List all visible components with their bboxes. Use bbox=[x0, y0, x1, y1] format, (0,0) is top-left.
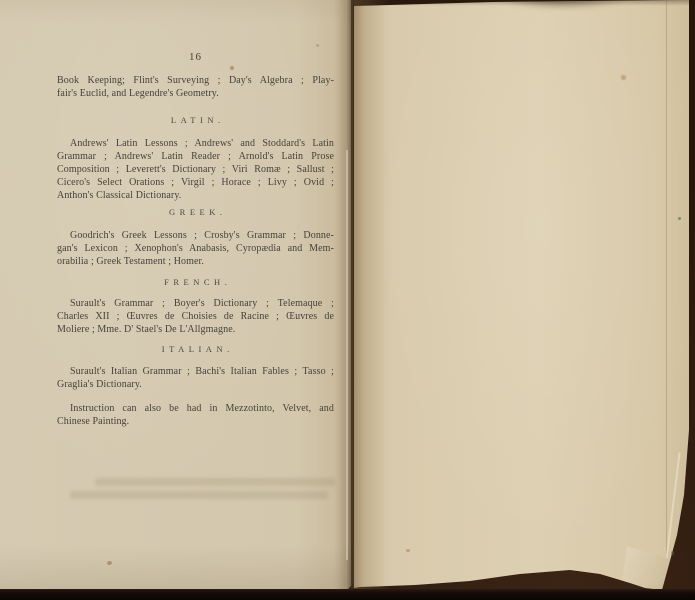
italian-paragraph: Surault's Italian Grammar ; Bachi's Ital… bbox=[57, 365, 334, 391]
text-line: Composition ; Leverett's Dictionary ; Vi… bbox=[57, 163, 334, 176]
text-line: Surault's Italian Grammar ; Bachi's Ital… bbox=[57, 365, 334, 378]
foxing-spot bbox=[621, 75, 626, 80]
text-line: Instruction can also be had in Mezzotint… bbox=[57, 402, 334, 415]
text-line: Chinese Painting. bbox=[57, 415, 334, 428]
underpage-edge-line bbox=[666, 0, 667, 560]
gutter-highlight bbox=[346, 150, 348, 560]
curled-page-corner bbox=[622, 546, 670, 590]
text-line: Anthon's Classical Dictionary. bbox=[57, 189, 334, 202]
section-heading-french: FRENCH. bbox=[57, 277, 334, 287]
foxing-spot bbox=[230, 66, 234, 70]
page-edge-line bbox=[351, 0, 353, 594]
section-heading-greek: GREEK. bbox=[57, 207, 334, 217]
foxing-spot bbox=[107, 561, 112, 565]
text-line: orabilia ; Greek Testament ; Homer. bbox=[57, 255, 334, 268]
closing-paragraph: Instruction can also be had in Mezzotint… bbox=[57, 402, 334, 428]
intro-paragraph: Book Keeping; Flint's Surveying ; Day's … bbox=[57, 74, 334, 100]
text-line: Cicero's Select Orations ; Virgil ; Hora… bbox=[57, 176, 334, 189]
text-line: Surault's Grammar ; Boyer's Dictionary ;… bbox=[57, 297, 334, 310]
ink-speck bbox=[671, 551, 674, 555]
right-page bbox=[354, 0, 689, 600]
text-line: Goodrich's Greek Lessons ; Crosby's Gram… bbox=[57, 229, 334, 242]
right-page-top-smudge bbox=[494, 0, 629, 10]
section-heading-latin: LATIN. bbox=[57, 115, 334, 125]
bottom-dark-board bbox=[0, 589, 695, 600]
text-line: Andrews' Latin Lessons ; Andrews' and St… bbox=[57, 137, 334, 150]
show-through-text-smudge bbox=[70, 491, 328, 499]
show-through-text-smudge bbox=[95, 478, 335, 486]
foxing-spot bbox=[316, 44, 319, 47]
book-scan: 16 Book Keeping; Flint's Surveying ; Day… bbox=[0, 0, 695, 600]
text-line: Charles XII ; Œuvres de Choisies de Raci… bbox=[57, 310, 334, 323]
section-heading-italian: ITALIAN. bbox=[57, 344, 334, 354]
text-line: Book Keeping; Flint's Surveying ; Day's … bbox=[57, 74, 334, 87]
french-paragraph: Surault's Grammar ; Boyer's Dictionary ;… bbox=[57, 297, 334, 336]
latin-paragraph: Andrews' Latin Lessons ; Andrews' and St… bbox=[57, 137, 334, 202]
foxing-spot bbox=[406, 549, 410, 552]
text-line: Moliere ; Mme. D' Stael's De L'Allgmagne… bbox=[57, 323, 334, 336]
text-line: Grammar ; Andrews' Latin Reader ; Arnold… bbox=[57, 150, 334, 163]
text-line: fair's Euclid, and Legendre's Geometry. bbox=[57, 87, 334, 100]
greek-paragraph: Goodrich's Greek Lessons ; Crosby's Gram… bbox=[57, 229, 334, 268]
text-line: gan's Lexicon ; Xenophon's Anabasis, Cyr… bbox=[57, 242, 334, 255]
ink-speck bbox=[678, 217, 681, 220]
text-line: Graglia's Dictionary. bbox=[57, 378, 334, 391]
page-edge-highlight bbox=[665, 452, 680, 559]
page-number: 16 bbox=[57, 51, 334, 63]
